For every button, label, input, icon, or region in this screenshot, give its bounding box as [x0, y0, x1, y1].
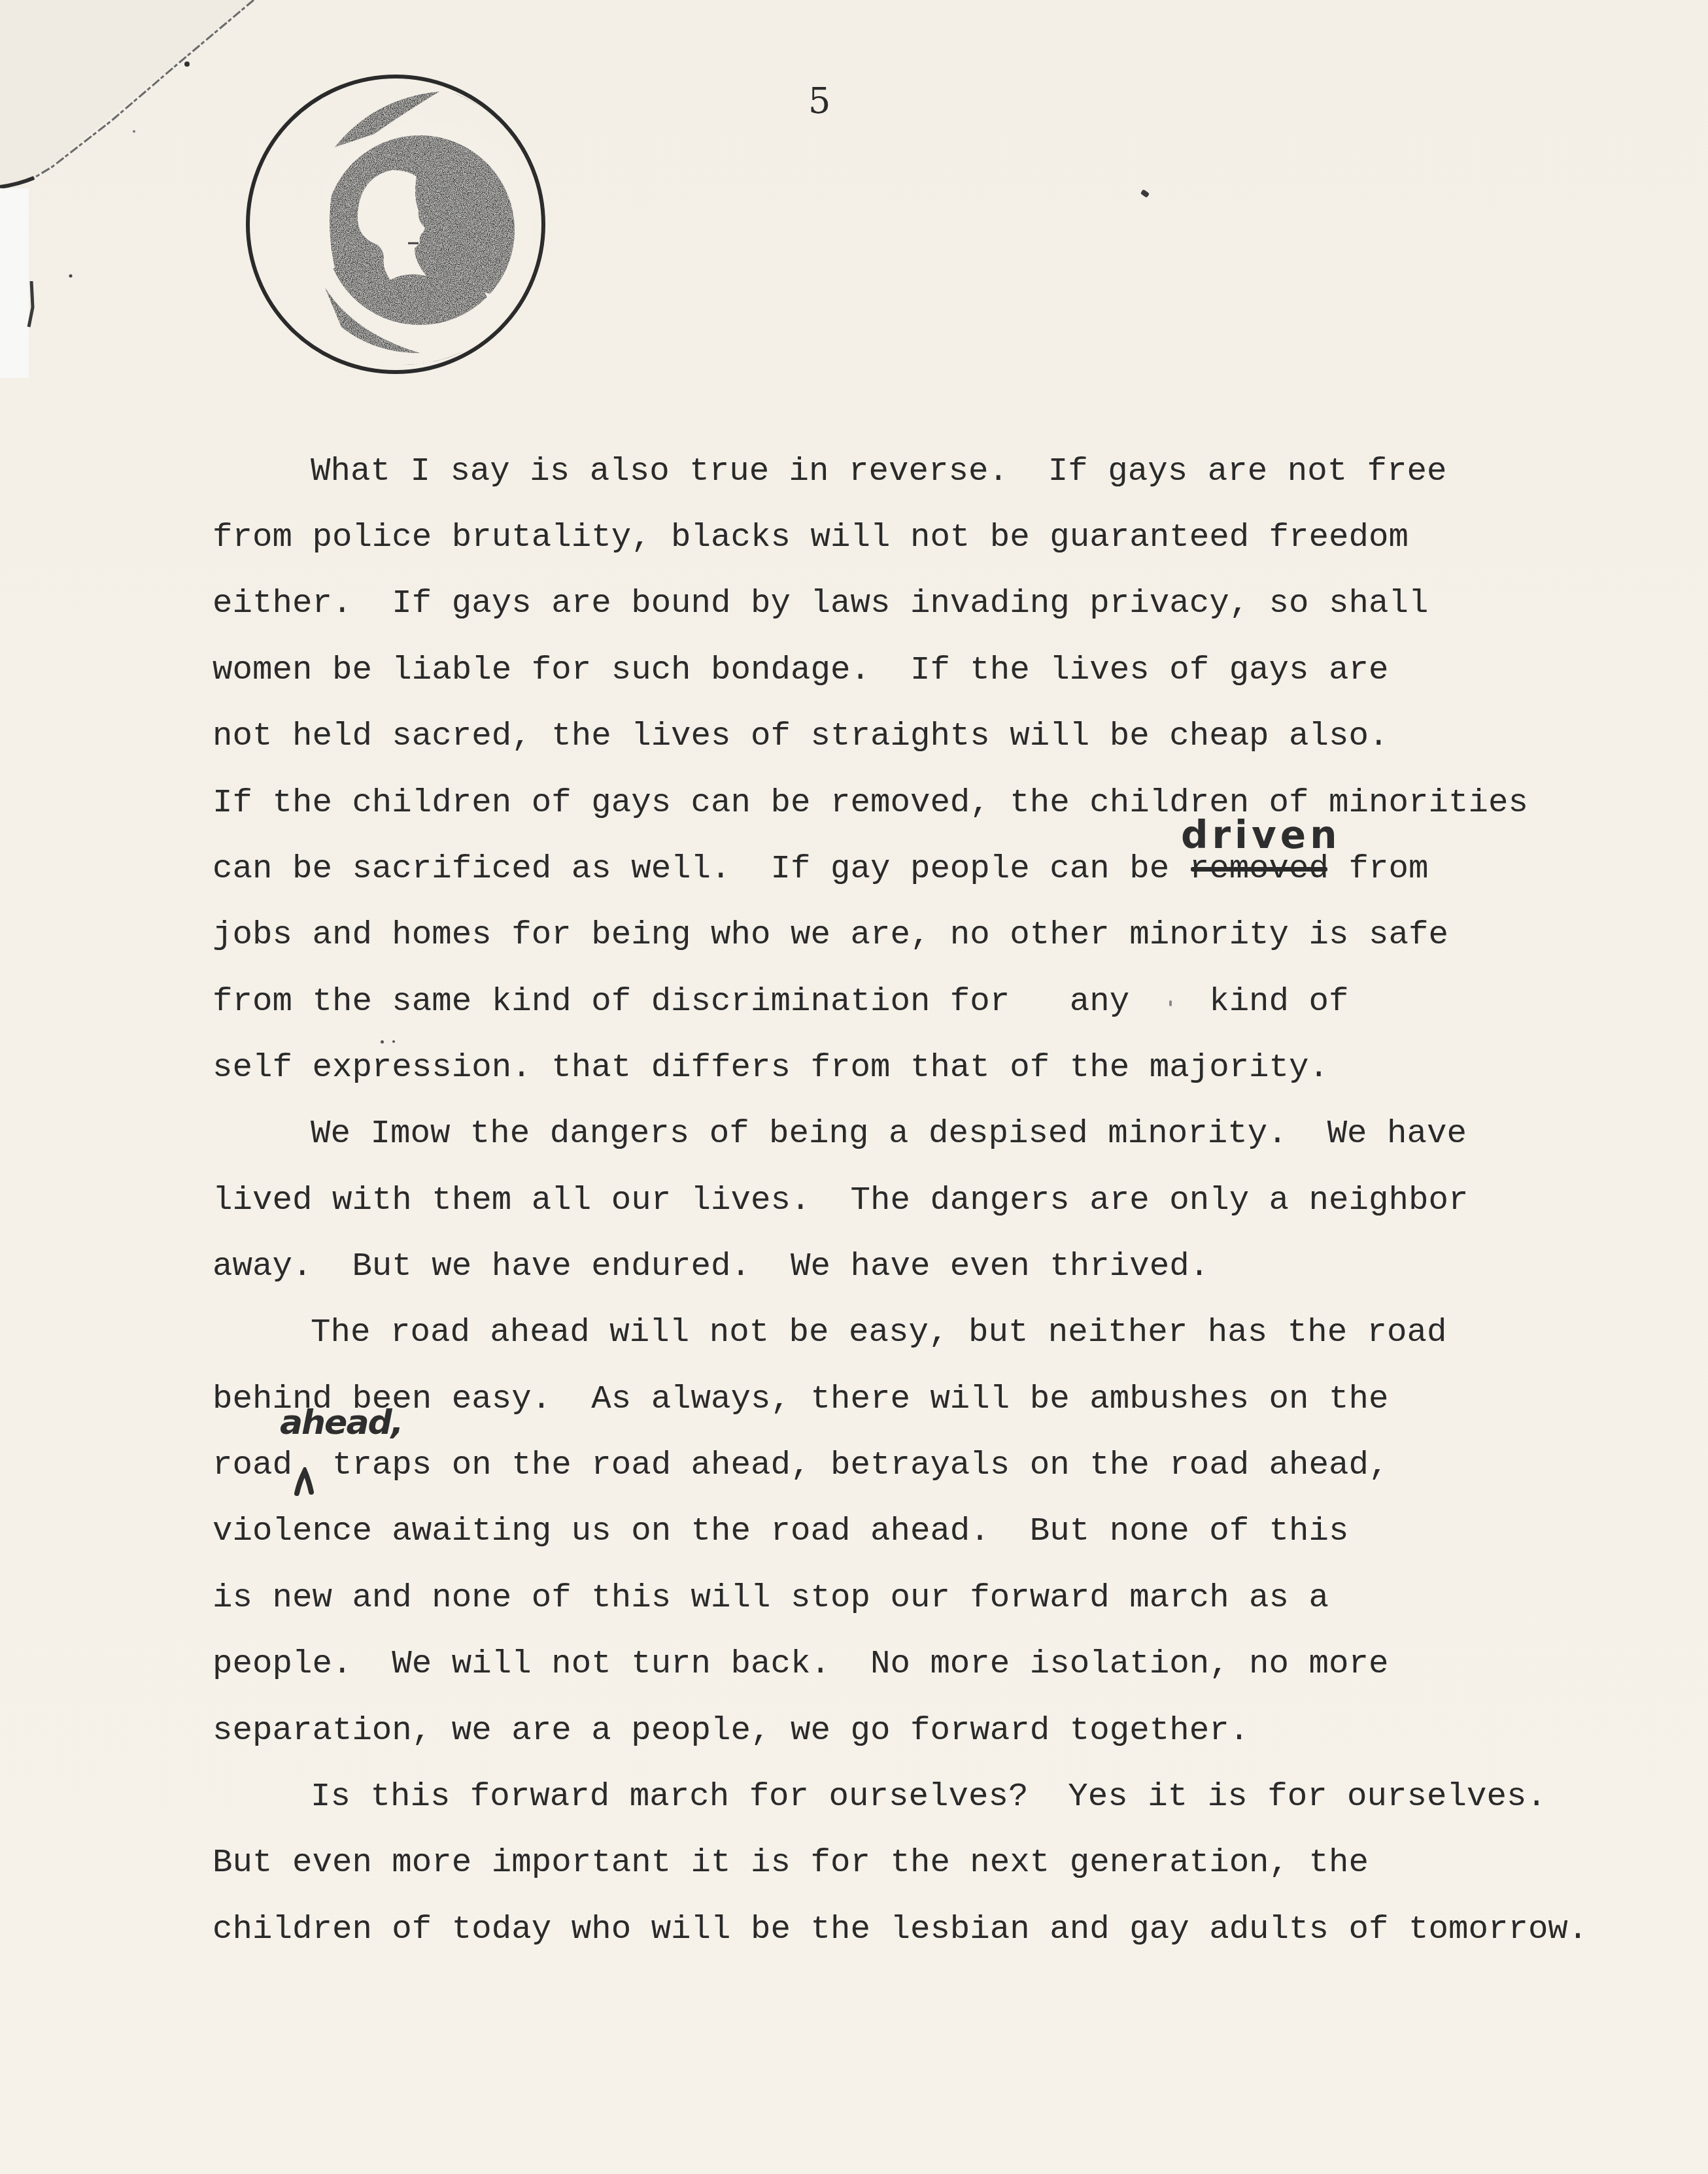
text-line: violence awaiting us on the road ahead. … [213, 1516, 1349, 1549]
line-text-before: can be sacrificed as well. If gay people… [213, 851, 1189, 888]
text-line: people. We will not turn back. No more i… [213, 1648, 1389, 1682]
text-line: separation, we are a people, we go forwa… [213, 1715, 1249, 1748]
text-line: jobs and homes for being who we are, no … [213, 919, 1448, 953]
text-line: from police brutality, blacks will not b… [213, 522, 1409, 555]
text-line: away. But we have endured. We have even … [213, 1251, 1209, 1284]
ink-speck [1140, 189, 1150, 197]
crescent-moon-logo-icon [243, 72, 548, 377]
insertion-caret-icon [293, 1467, 316, 1496]
text-line: The road ahead will not be easy, but nei… [311, 1317, 1447, 1350]
struck-word: removed [1189, 853, 1329, 887]
page-number: 5 [808, 84, 830, 119]
text-line: either. If gays are bound by laws invadi… [213, 588, 1428, 621]
handwritten-correction-driven: driven [1181, 816, 1341, 854]
text-line: Is this forward march for ourselves? Yes… [311, 1781, 1546, 1814]
text-line: from the same kind of discrimination for… [213, 986, 1349, 1019]
text-line: What I say is also true in reverse. If g… [311, 456, 1447, 489]
text-line: But even more important it is for the ne… [213, 1847, 1369, 1880]
ink-speck [1169, 1000, 1172, 1006]
ink-speck [392, 1040, 395, 1043]
text-line: not held sacred, the lives of straights … [213, 721, 1389, 754]
ink-speck [381, 1040, 384, 1044]
text-line: road traps on the road ahead, betrayals … [213, 1450, 1389, 1483]
text-line: can be sacrificed as well. If gay people… [213, 853, 1428, 887]
text-line: We Imow the dangers of being a despised … [311, 1118, 1467, 1151]
folded-corner [0, 0, 275, 392]
line-text-after: from [1329, 851, 1428, 888]
text-line: lived with them all our lives. The dange… [213, 1185, 1468, 1218]
handwritten-insertion-ahead: ahead, [280, 1406, 402, 1440]
text-line: women be liable for such bondage. If the… [213, 654, 1389, 688]
text-line: self expression. that differs from that … [213, 1052, 1329, 1085]
text-line: children of today who will be the lesbia… [213, 1914, 1588, 1947]
text-line: is new and none of this will stop our fo… [213, 1582, 1329, 1616]
